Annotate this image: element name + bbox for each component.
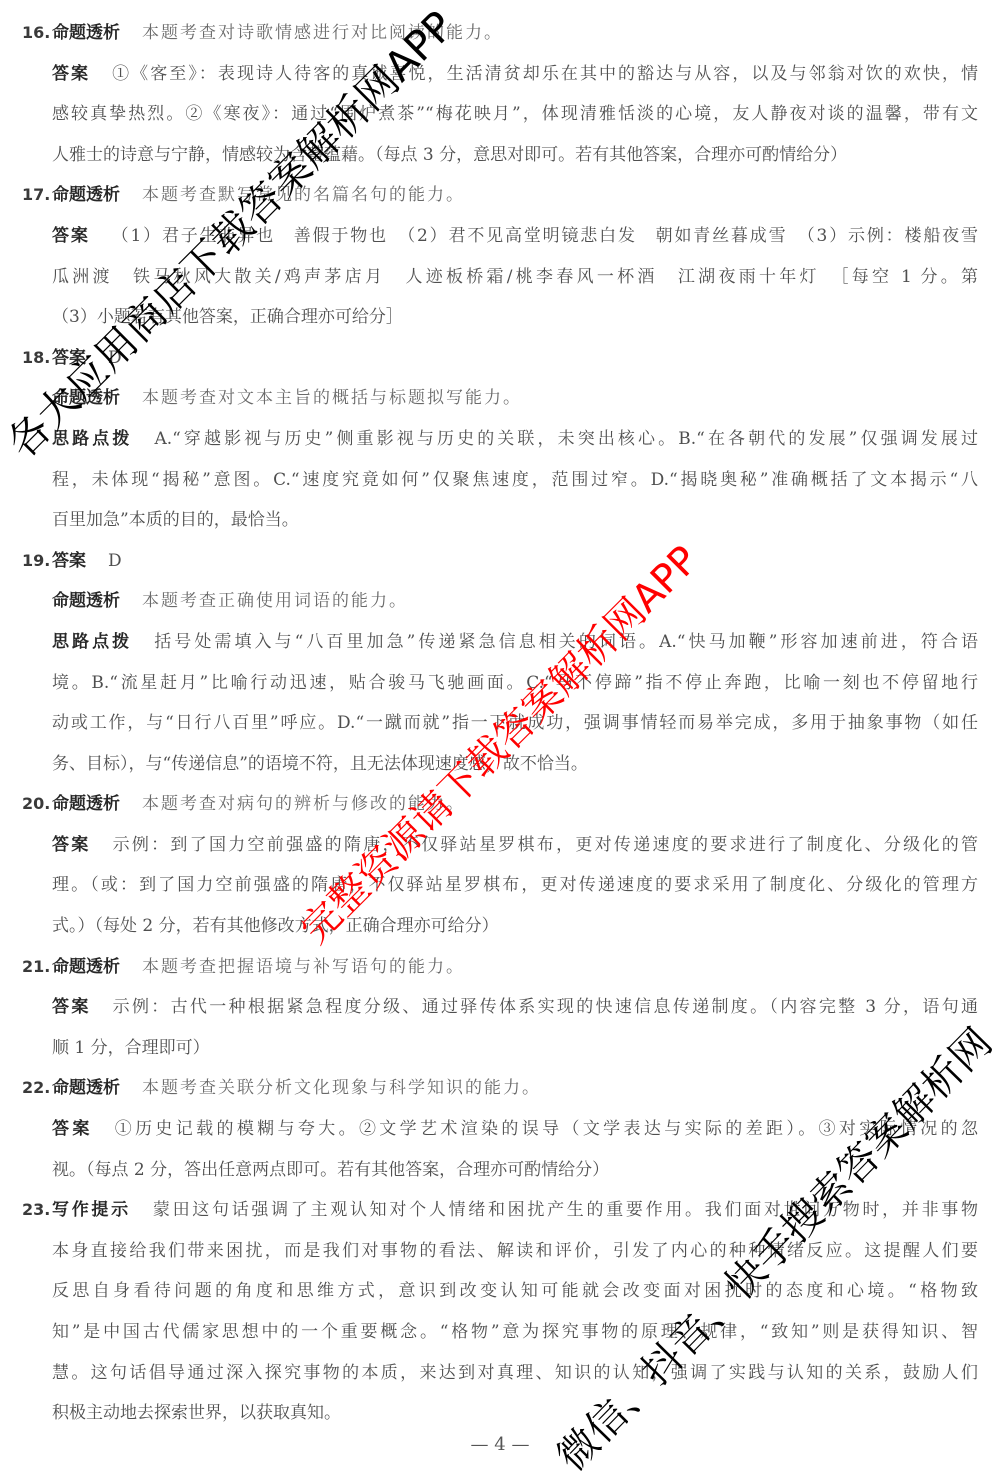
question-18-analysis: 命题透析本题考查对文本主旨的概括与标题拟写能力。: [0, 378, 1000, 419]
text-line: 积极主动地去探索世界，以获取真知。: [0, 1393, 1000, 1434]
text-line: 百里加急”本质的目的，最恰当。: [0, 500, 1000, 541]
text-line: 示例：古代一种根据紧急程度分级、通过驿传体系实现的快速信息传递制度。（内容完整 …: [113, 997, 978, 1017]
text-line: 慧。这句话倡导通过深入探究事物的本质，来达到对真理、知识的认知，强调了实践与认知…: [0, 1353, 1000, 1394]
section-label: 命题透析: [52, 1078, 120, 1098]
section-label: 答案: [52, 64, 90, 84]
section-label: 命题透析: [52, 23, 120, 43]
section-label: 答案: [52, 348, 86, 368]
text-line: （3）小题若有其他答案，正确合理亦可给分］: [0, 297, 1000, 338]
text-line: 本题考查把握语境与补写语句的能力。: [142, 957, 465, 977]
question-number: 16.: [22, 13, 50, 54]
question-number: 19.: [22, 541, 50, 582]
question-20-answer: 答案示例：到了国力空前强盛的隋唐，不仅驿站星罗棋布，更对传递速度的要求进行了制度…: [0, 825, 1000, 866]
section-label: 命题透析: [52, 794, 120, 814]
question-22-analysis: 22.命题透析本题考查关联分析文化现象与科学知识的能力。: [0, 1068, 1000, 1109]
section-label: 思路点拨: [52, 632, 132, 652]
text-line: ①《客至》：表现诗人待客的真诚喜悦，生活清贫却乐在其中的豁达与从容，以及与邻翁对…: [112, 64, 978, 84]
question-20-analysis: 20.命题透析本题考查对病句的辨析与修改的能力。: [0, 784, 1000, 825]
text-line: 人雅士的诗意与宁静，情感较为含蓄蕴藉。（每点 3 分，意思对即可。若有其他答案，…: [0, 135, 1000, 176]
section-label: 命题透析: [52, 591, 120, 611]
question-19-answer: 19.答案D: [0, 541, 1000, 582]
answer-document: 16.命题透析本题考查对诗歌情感进行对比阅读的能力。 答案①《客至》：表现诗人待…: [0, 13, 1000, 1434]
page-number: — 4 —: [0, 1434, 1000, 1455]
question-16-answer: 答案①《客至》：表现诗人待客的真诚喜悦，生活清贫却乐在其中的豁达与从容，以及与邻…: [0, 54, 1000, 95]
text-line: 顺 1 分，合理即可）: [0, 1028, 1000, 1069]
section-label: 命题透析: [52, 388, 120, 408]
text-line: A.“穿越影视与历史”侧重影视与历史的关联，未突出核心。B.“在各朝代的发展”仅…: [154, 429, 978, 449]
answer-choice: D: [108, 551, 122, 571]
answer-choice: D: [108, 348, 122, 368]
question-18-answer: 18.答案D: [0, 338, 1000, 379]
text-line: 本题考查对文本主旨的概括与标题拟写能力。: [142, 388, 522, 408]
question-23-writing-tip: 23.写作提示蒙田这句话强调了主观认知对个人情绪和困扰产生的重要作用。我们面对世…: [0, 1190, 1000, 1231]
text-line: 本题考查对病句的辨析与修改的能力。: [142, 794, 465, 814]
question-17-answer: 答案（1）君子生非异也 善假于物也 （2）君不见高堂明镜悲白发 朝如青丝暮成雪 …: [0, 216, 1000, 257]
question-18-hint: 思路点拨A.“穿越影视与历史”侧重影视与历史的关联，未突出核心。B.“在各朝代的…: [0, 419, 1000, 460]
text-line: 务、目标），与“传递信息”的语境不符，且无法体现速度感，故不恰当。: [0, 744, 1000, 785]
section-label: 答案: [52, 997, 91, 1017]
text-line: 蒙田这句话强调了主观认知对个人情绪和困扰产生的重要作用。我们面对世间万物时，并非…: [153, 1200, 978, 1220]
text-line: 本题考查正确使用词语的能力。: [142, 591, 408, 611]
section-label: 答案: [52, 835, 91, 855]
question-22-answer: 答案①历史记载的模糊与夸大。②文学艺术渲染的误导（文学表达与实际的差距）。③对实…: [0, 1109, 1000, 1150]
section-label: 答案: [52, 1119, 93, 1139]
text-line: 视。（每点 2 分，答出任意两点即可。若有其他答案，合理亦可酌情给分）: [0, 1150, 1000, 1191]
text-line: 本题考查默写常见的名篇名句的能力。: [142, 185, 465, 205]
question-21-answer: 答案示例：古代一种根据紧急程度分级、通过驿传体系实现的快速信息传递制度。（内容完…: [0, 987, 1000, 1028]
section-label: 命题透析: [52, 185, 120, 205]
question-number: 22.: [22, 1068, 50, 1109]
section-label: 命题透析: [52, 957, 120, 977]
text-line: 反思自身看待问题的角度和思维方式，意识到改变认知可能就会改变面对困扰时的态度和心…: [0, 1271, 1000, 1312]
question-number: 18.: [22, 338, 50, 379]
question-number: 20.: [22, 784, 50, 825]
text-line: 本题考查关联分析文化现象与科学知识的能力。: [142, 1078, 541, 1098]
text-line: 程，未体现“揭秘”意图。C.“速度究竟如何”仅聚焦速度，范围过窄。D.“揭晓奥秘…: [0, 460, 1000, 501]
section-label: 答案: [52, 551, 86, 571]
text-line: 知”是中国古代儒家思想中的一个重要概念。“格物”意为探究事物的原理、规律，“致知…: [0, 1312, 1000, 1353]
text-line: 示例：到了国力空前强盛的隋唐，不仅驿站星罗棋布，更对传递速度的要求进行了制度化、…: [113, 835, 978, 855]
question-19-hint: 思路点拨括号处需填入与“八百里加急”传递紧急信息相关的词语。A.“快马加鞭”形容…: [0, 622, 1000, 663]
text-line: 本身直接给我们带来困扰，而是我们对事物的看法、解读和评价，引发了内心的种种情绪反…: [0, 1231, 1000, 1272]
text-line: 境。B.“流星赶月”比喻行动迅速，贴合骏马飞驰画面。C.“马不停蹄”指不停止奔跑…: [0, 663, 1000, 704]
question-number: 21.: [22, 947, 50, 988]
section-label: 答案: [52, 226, 90, 246]
text-line: 动或工作，与“日行八百里”呼应。D.“一蹴而就”指一下就成功，强调事情轻而易举完…: [0, 703, 1000, 744]
text-line: 本题考查对诗歌情感进行对比阅读的能力。: [142, 23, 503, 43]
question-number: 23.: [22, 1190, 50, 1231]
text-line: 感较真挚热烈。②《寒夜》：通过“围炉煮茶”“梅花映月”，体现清雅恬淡的心境，友人…: [0, 94, 1000, 135]
question-17-analysis: 17.命题透析本题考查默写常见的名篇名句的能力。: [0, 175, 1000, 216]
section-label: 写作提示: [52, 1200, 131, 1220]
text-line: 括号处需填入与“八百里加急”传递紧急信息相关的词语。A.“快马加鞭”形容加速前进…: [154, 632, 978, 652]
text-line: 瓜洲渡 铁马秋风大散关/鸡声茅店月 人迹板桥霜/桃李春风一杯酒 江湖夜雨十年灯 …: [0, 257, 1000, 298]
question-21-analysis: 21.命题透析本题考查把握语境与补写语句的能力。: [0, 947, 1000, 988]
question-number: 17.: [22, 175, 50, 216]
text-line: 式。）（每处 2 分，若有其他修改方式，正确合理亦可给分）: [0, 906, 1000, 947]
text-line: （1）君子生非异也 善假于物也 （2）君不见高堂明镜悲白发 朝如青丝暮成雪 （3…: [112, 226, 978, 246]
question-16-analysis: 16.命题透析本题考查对诗歌情感进行对比阅读的能力。: [0, 13, 1000, 54]
section-label: 思路点拨: [52, 429, 132, 449]
question-19-analysis: 命题透析本题考查正确使用词语的能力。: [0, 581, 1000, 622]
text-line: 理。（或：到了国力空前强盛的隋唐，不仅驿站星罗棋布，更对传递速度的要求采用了制度…: [0, 865, 1000, 906]
text-line: ①历史记载的模糊与夸大。②文学艺术渲染的误导（文学表达与实际的差距）。③对实际情…: [115, 1119, 978, 1139]
